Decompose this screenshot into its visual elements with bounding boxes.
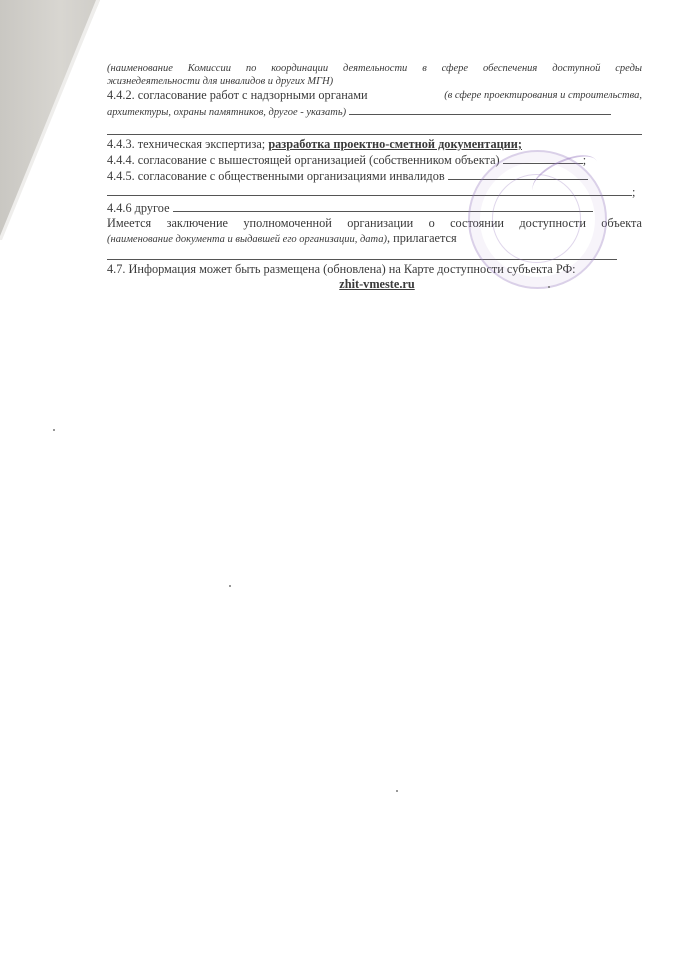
item-4-4-2-hint-b: архитектуры, охраны памятников, другое -… (107, 107, 346, 118)
commission-hint-line2: жизнедеятельности для инвалидов и других… (107, 75, 642, 88)
item-4-4-2-hint-a: (в сфере проектирования и строительства, (444, 88, 642, 103)
item-4-4-2-hint-b-line: архитектуры, охраны памятников, другое -… (107, 103, 642, 119)
item-4-4-3-value: разработка проектно-сметной документации… (268, 137, 522, 151)
item-4-4-2-blank[interactable] (349, 103, 611, 115)
item-4-4-3-label: 4.4.3. техническая экспертиза; (107, 137, 265, 151)
scan-speck (396, 790, 398, 792)
item-4-4-2-blank-line[interactable] (107, 121, 642, 135)
item-4-4-5-label: 4.4.5. согласование с общественными орга… (107, 169, 445, 183)
item-4-4-2-label: 4.4.2. согласование работ с надзорными о… (107, 88, 368, 103)
item-4-4-3: 4.4.3. техническая экспертиза; разработк… (107, 137, 642, 152)
map-link[interactable]: zhit-vmeste.ru (339, 277, 414, 291)
scan-speck (548, 286, 550, 288)
scan-speck (53, 429, 55, 431)
item-4-4-2: 4.4.2. согласование работ с надзорными о… (107, 88, 642, 103)
commission-hint-line1: (наименование Комиссии по координации де… (107, 62, 642, 75)
item-4-4-5-end: ; (632, 185, 635, 199)
conclusion-end: , прилагается (387, 231, 457, 245)
item-4-4-4-label: 4.4.4. согласование с вышестоящей органи… (107, 153, 500, 167)
item-4-4-6-label: 4.4.6 другое (107, 201, 170, 215)
scan-speck (229, 585, 231, 587)
conclusion-hint: (наименование документа и выдавшей его о… (107, 234, 387, 245)
